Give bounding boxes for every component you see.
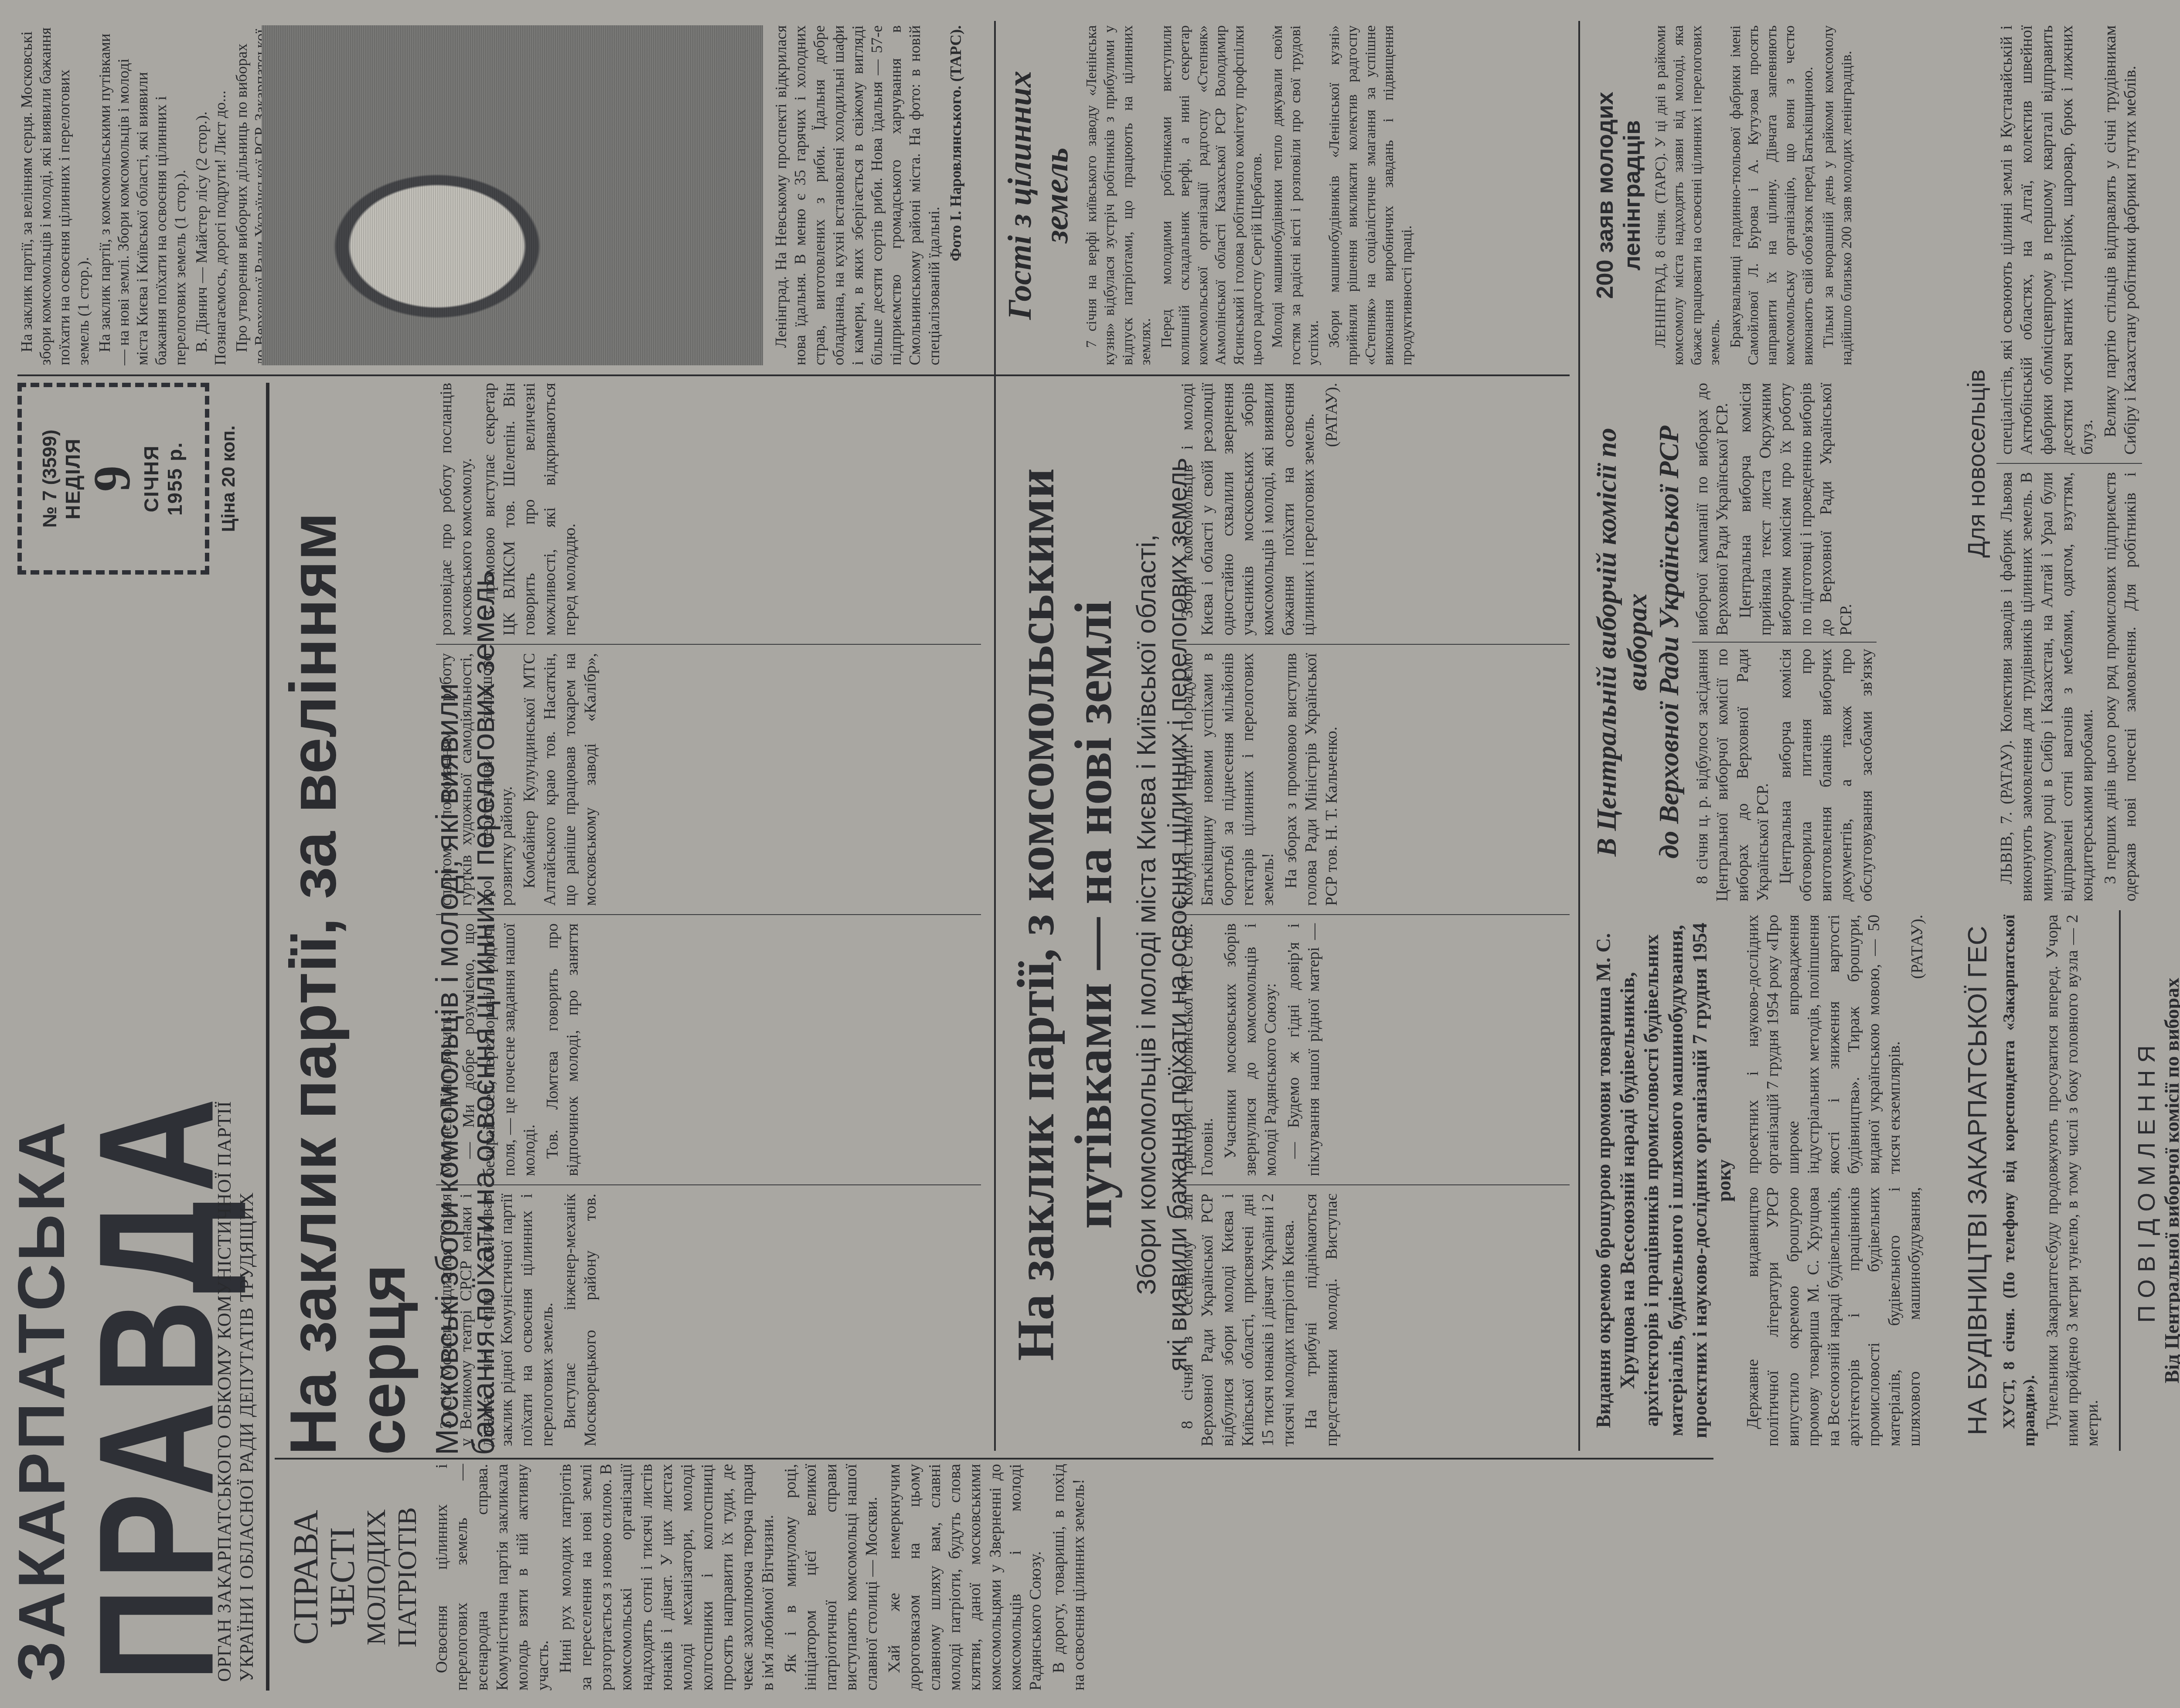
- paragraph: Державне видавництво політичної літерату…: [1743, 915, 1927, 1446]
- paragraph: Тунельники Закарпатгесбуду продовжують п…: [2042, 915, 2103, 1446]
- lead-article-body: З усієї Москви сходилися 7 січня у Велик…: [436, 383, 981, 1446]
- leningrad-headline: 200 заяв молодих ленінградців: [1591, 25, 1645, 365]
- ges-headline: НА БУДІВНИЦТВІ ЗАКАРПАТСЬКОЇ ГЕС: [1962, 915, 1993, 1446]
- paragraph: Велику партію стільців відправлять у січ…: [2100, 25, 2141, 455]
- paragraph: Бракувальниці гардинно-тюльової фабрики …: [1727, 25, 1817, 365]
- brochure-headline: Видання окремою брошурою промови товариш…: [1591, 915, 1736, 1446]
- paragraph: В дорогу, товариші, в похід на освоєння …: [1049, 1464, 1089, 1691]
- source: (РАТАУ).: [1322, 383, 1342, 636]
- photo-credit: Фото І. Наровлянського. (ТАРС).: [947, 25, 966, 365]
- ges-dateline: ХУСТ, 8 січня. (По телефону від кореспон…: [1999, 915, 2040, 1446]
- paragraph: Збори комсомольців і молоді Києва і обла…: [1177, 383, 1319, 636]
- guests-article: Гості з цілинних земель 7 січня на верфі…: [1003, 25, 1418, 365]
- paragraph: Центральна виборча комісія прийняла текс…: [1735, 383, 1856, 636]
- source: (РАТАУ).: [1907, 915, 1927, 1174]
- issue-price: Ціна 20 коп.: [218, 405, 239, 553]
- second-headline: путівками — на нові землі: [1065, 383, 1122, 1446]
- paragraph: 7 січня на верфі київського заводу «Лені…: [1083, 25, 1155, 365]
- photo-canteen: [262, 25, 763, 365]
- cvk-headline: В Центральній виборчій комісії по вибора…: [1591, 383, 1653, 902]
- settlers-headline: Для новосельців: [1962, 25, 1990, 902]
- paragraph: Нині рух молодих патріотів за переселенн…: [555, 1464, 778, 1691]
- divider: [2119, 910, 2121, 1451]
- newspaper-page: ЗАКАРПАТСЬКА ПРАВДА Орган Закарпатського…: [0, 0, 2180, 1708]
- paragraph: Перед молодими робітниками виступили кол…: [1158, 25, 1266, 365]
- masthead: ЗАКАРПАТСЬКА ПРАВДА Орган Закарпатського…: [9, 592, 253, 1682]
- left-article: СПРАВА ЧЕСТІ МОЛОДИХ ПАТРІОТІВ Освоєння …: [288, 1464, 1092, 1691]
- issue-day: 9: [85, 387, 140, 570]
- masthead-subtitle: Орган Закарпатського обкому Комуністично…: [214, 1101, 258, 1682]
- paragraph: На зборах з промовою виступив голова Рад…: [1281, 653, 1342, 906]
- guests-headline: земель: [1038, 25, 1076, 365]
- index-item: На заклик партії, за велінням серця. Мос…: [17, 25, 93, 365]
- divider: [994, 21, 996, 1451]
- paragraph: Освоєння цілинних і перелогових земель —…: [432, 1464, 553, 1691]
- paragraph: Як і в минулому році, ініціатором цієї в…: [780, 1464, 882, 1691]
- paragraph: З усієї Москви сходилися 7 січня у Велик…: [436, 1194, 557, 1446]
- paragraph: 8 січня в Сесійному залі Верховної Ради …: [1177, 1194, 1298, 1446]
- divider: [1578, 21, 1580, 1451]
- cvk-article: В Центральній виборчій комісії по вибора…: [1591, 383, 1877, 902]
- paragraph: ЛЬВІВ, 7. (РАТАУ). Колективи заводів і ф…: [1996, 472, 2098, 902]
- brochure-article: Видання окремою брошурою промови товариш…: [1591, 915, 1927, 1446]
- masthead-rule: [266, 383, 269, 1691]
- divider: [17, 374, 453, 376]
- masthead-subtitle-line: Орган Закарпатського обкому Комуністично…: [214, 1101, 236, 1682]
- masthead-title-main: ПРАВДА: [78, 592, 234, 1682]
- divider: [453, 374, 1570, 376]
- photo-caption: Ленінград. На Невському проспекті відкри…: [772, 25, 944, 365]
- paragraph: — Ми добре розуміємо, що безкрай степ, п…: [459, 923, 539, 1176]
- issue-weekday: НЕДІЛЯ: [61, 387, 85, 570]
- second-article-body: 8 січня в Сесійному залі Верховної Ради …: [1177, 383, 1570, 1446]
- ges-article: НА БУДІВНИЦТВІ ЗАКАРПАТСЬКОЇ ГЕС ХУСТ, 8…: [1962, 915, 2105, 1446]
- lead-headline: На заклик партії, за велінням серця: [279, 387, 416, 1455]
- paragraph: ЛЕНІНГРАД, 8 січня. (ТАРС). У ці дні в р…: [1652, 25, 1724, 365]
- leningrad-article: 200 заяв молодих ленінградців ЛЕНІНГРАД,…: [1591, 25, 1858, 365]
- cvk-headline: до Верховної Ради Української РСР: [1653, 383, 1685, 902]
- notice-headline: Від Центральної виборчої комісії по вибо…: [2160, 915, 2180, 1446]
- masthead-subtitle-line: України і обласної Ради депутатів трудящ…: [236, 1101, 258, 1682]
- issue-number: № 7 (3599): [39, 387, 61, 570]
- paragraph: Учасники московських зборів звернулися д…: [1220, 923, 1281, 1176]
- settlers-article: Для новосельців ЛЬВІВ, 7. (РАТАУ). Колек…: [1962, 25, 2142, 902]
- divider: [275, 1458, 1713, 1460]
- index-item: В. Діянич — Майстер лісу (2 стор.). Позн…: [192, 25, 230, 365]
- second-subhead: Збори комсомольців і молоді міста Києва …: [1131, 383, 1162, 1446]
- paragraph: Хай же немеркнучим дороговказом на цьому…: [884, 1464, 1046, 1691]
- second-article-head: На заклик партії, з комсомольськими путі…: [1007, 383, 1193, 1446]
- paragraph: 8 січня ц. р. відбулося засідання Центра…: [1692, 649, 1773, 902]
- paragraph: Збори машинобудівників «Ленінської кузні…: [1325, 25, 1416, 365]
- left-headline-2: МОЛОДИХ ПАТРІОТІВ: [361, 1464, 423, 1691]
- guests-headline: Гості з цілинних: [1003, 25, 1038, 365]
- issue-month: СІЧНЯ: [140, 387, 163, 570]
- paragraph: Тільки за вчорашній день у райкоми комсо…: [1819, 25, 1856, 365]
- index-item: На заклик партії, з комсомольськими путі…: [95, 25, 190, 365]
- photo-caption-block: Ленінград. На Невському проспекті відкри…: [772, 25, 968, 365]
- notice-block: ПОВІДОМЛЕННЯ Від Центральної виборчої ко…: [2132, 915, 2180, 1446]
- issue-year: 1955 р.: [163, 387, 187, 570]
- notice-label: ПОВІДОМЛЕННЯ: [2132, 915, 2160, 1446]
- issue-info-box: № 7 (3599) НЕДІЛЯ 9 СІЧНЯ 1955 р.: [17, 383, 209, 575]
- paragraph: Молоді машинобудівники тепло дякували св…: [1268, 25, 1322, 365]
- paragraph: З промовою виступає секретар ЦК ВЛКСМ то…: [479, 383, 580, 636]
- second-headline: На заклик партії, з комсомольськими: [1007, 383, 1065, 1446]
- left-headline-1: СПРАВА ЧЕСТІ: [288, 1464, 361, 1691]
